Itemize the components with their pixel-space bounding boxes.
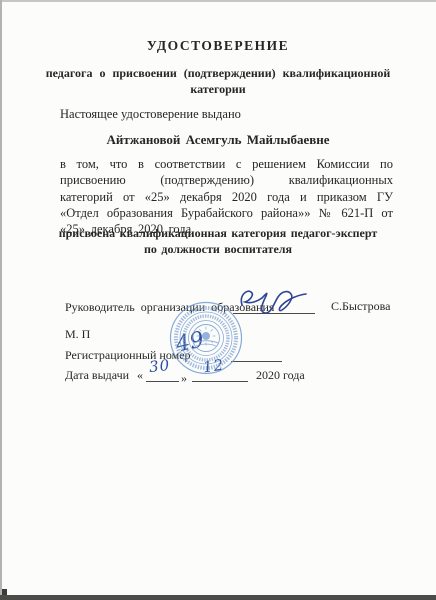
- date-open-quote: «: [137, 368, 143, 383]
- scan-edge-left: [0, 0, 2, 600]
- document-subtitle: педагога о присвоении (подтверждении) кв…: [38, 65, 398, 97]
- scan-edge-top: [0, 0, 436, 2]
- award-line-2: по должности воспитателя: [38, 241, 398, 257]
- issued-to-line: Настоящее удостоверение выдано: [60, 107, 241, 122]
- signer-name: С.Быстрова: [331, 299, 391, 314]
- place-of-seal-label: М. П: [65, 327, 90, 342]
- date-year-text: 2020 года: [256, 368, 305, 383]
- certificate-page: УДОСТОВЕРЕНИЕ педагога о присвоении (под…: [0, 0, 436, 600]
- scan-edge-bottom: [0, 595, 436, 600]
- round-blue-seal-kazakhstan-emblem-icon: [156, 288, 256, 388]
- scan-artifact: [2, 589, 7, 595]
- recipient-name: Айтжановой Асемгуль Майлыбаевне: [0, 132, 436, 148]
- issue-date-label: Дата выдачи: [65, 368, 129, 383]
- award-line-1: присвоена квалификационная категория пед…: [38, 225, 398, 241]
- award-statement: присвоена квалификационная категория пед…: [38, 225, 398, 257]
- document-title: УДОСТОВЕРЕНИЕ: [0, 38, 436, 54]
